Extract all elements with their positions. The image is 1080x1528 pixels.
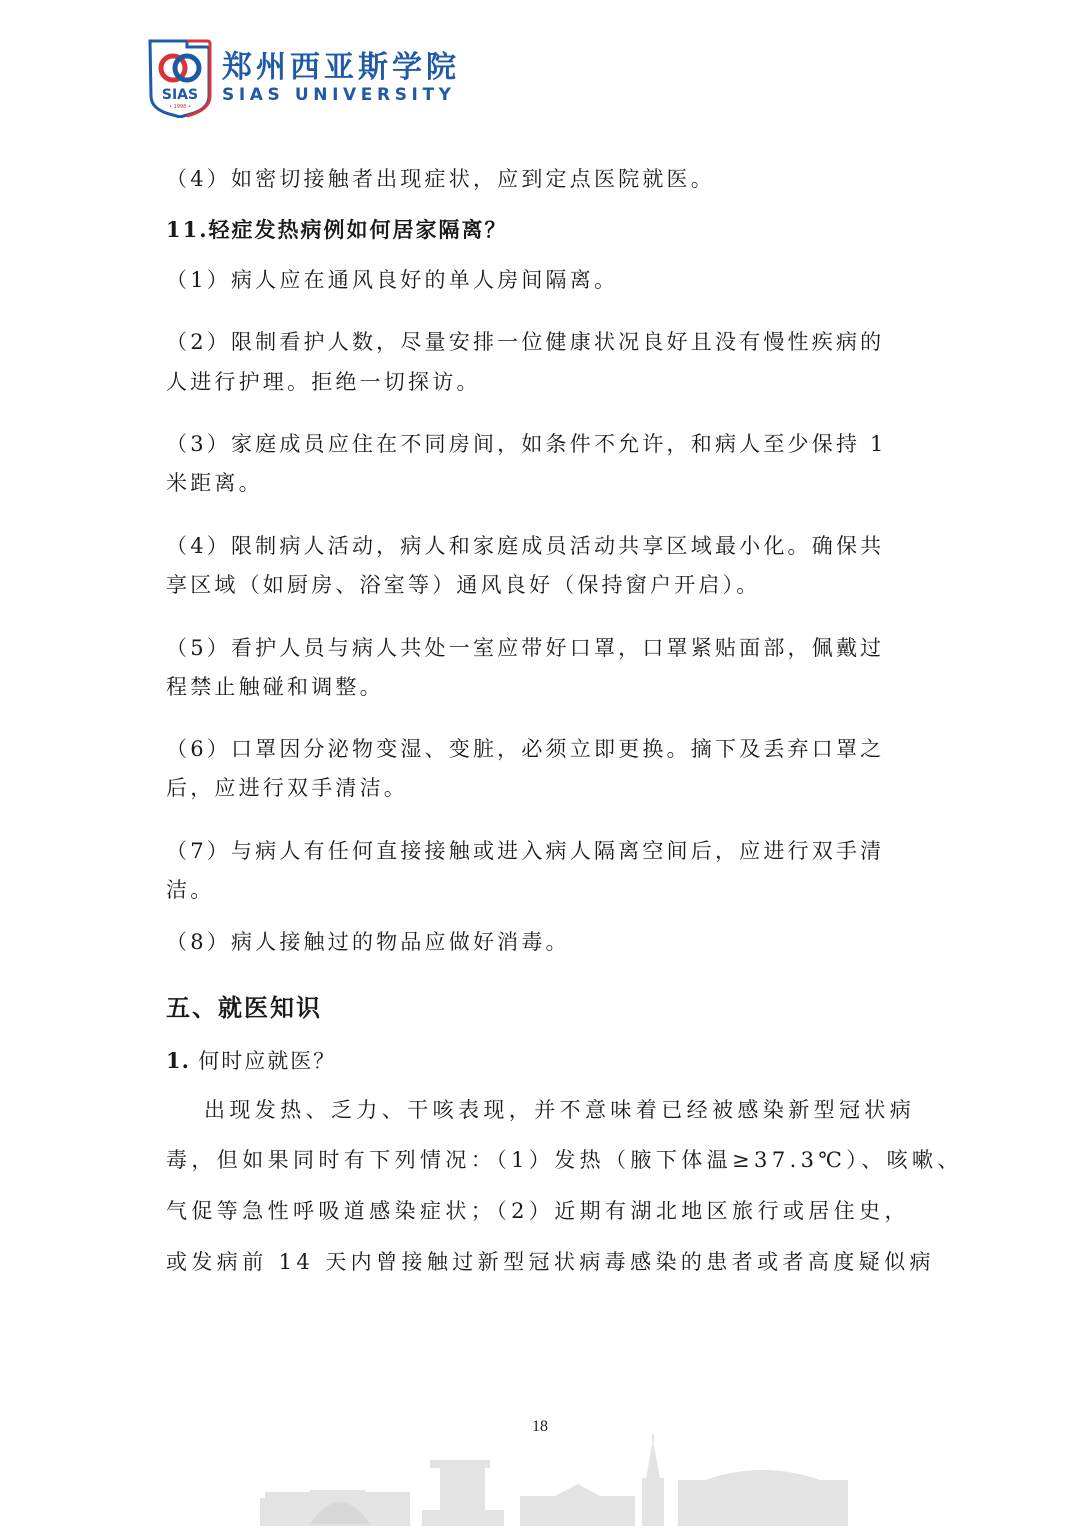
q11-item-7-line2: 洁。: [166, 876, 214, 904]
q11-item-2-line2: 人进行护理。拒绝一切探访。: [166, 368, 481, 396]
q11-item-3-line1: （3）家庭成员应住在不同房间，如条件不允许，和病人至少保持 1: [166, 430, 887, 458]
svg-text:• 1998 •: • 1998 •: [169, 104, 191, 110]
campus-skyline-decoration: [250, 1420, 850, 1528]
q1-text: 何时应就医？: [198, 1049, 336, 1073]
prev-item-4: （4）如密切接触者出现症状，应到定点医院就医。: [166, 165, 715, 193]
q1-paragraph-line3: 气促等急性呼吸道感染症状；（2）近期有湖北地区旅行或居住史，: [166, 1197, 910, 1225]
q11-item-4-line2: 享区域（如厨房、浴室等）通风良好（保持窗户开启）。: [166, 571, 761, 599]
q11-item-5-line2: 程禁止触碰和调整。: [166, 673, 384, 701]
logo-name-cn: 郑州西亚斯学院: [222, 51, 460, 85]
q11-item-6-line2: 后，应进行双手清洁。: [166, 774, 408, 802]
q1-paragraph-line1: 出现发热、乏力、干咳表现，并不意味着已经被感染新型冠状病: [204, 1096, 915, 1124]
logo-name-en: SIAS UNIVERSITY: [222, 85, 460, 105]
section-5-q1-title: 1. 何时应就医？: [166, 1045, 336, 1075]
q1-number: 1.: [166, 1048, 190, 1073]
q11-item-5-line1: （5）看护人员与病人共处一室应带好口罩，口罩紧贴面部，佩戴过: [166, 634, 884, 662]
section-5-title: 五、就医知识: [166, 988, 322, 1023]
q1-paragraph-line2: 毒，但如果同时有下列情况：（1）发热（腋下体温≥37.3℃）、咳嗽、: [166, 1146, 963, 1174]
q11-item-2-line1: （2）限制看护人数，尽量安排一位健康状况良好且没有慢性疾病的: [166, 328, 884, 356]
sias-shield-icon: SIAS • 1998 •: [147, 38, 213, 118]
q11-item-3-line2: 米距离。: [166, 469, 263, 497]
university-logo: SIAS • 1998 • 郑州西亚斯学院 SIAS UNIVERSITY: [147, 38, 460, 118]
q1-paragraph-line4: 或发病前 14 天内曾接触过新型冠状病毒感染的患者或者高度疑似病: [166, 1248, 935, 1276]
q11-item-8: （8）病人接触过的物品应做好消毒。: [166, 928, 570, 956]
svg-text:SIAS: SIAS: [162, 87, 198, 103]
q11-item-7-line1: （7）与病人有任何直接接触或进入病人隔离空间后，应进行双手清: [166, 837, 884, 865]
q11-item-6-line1: （6）口罩因分泌物变湿、变脏，必须立即更换。摘下及丢弃口罩之: [166, 735, 884, 763]
q11-item-1: （1）病人应在通风良好的单人房间隔离。: [166, 266, 618, 294]
q11-item-4-line1: （4）限制病人活动，病人和家庭成员活动共享区域最小化。确保共: [166, 532, 884, 560]
question-11-title: 11.轻症发热病例如何居家隔离？: [166, 216, 508, 244]
